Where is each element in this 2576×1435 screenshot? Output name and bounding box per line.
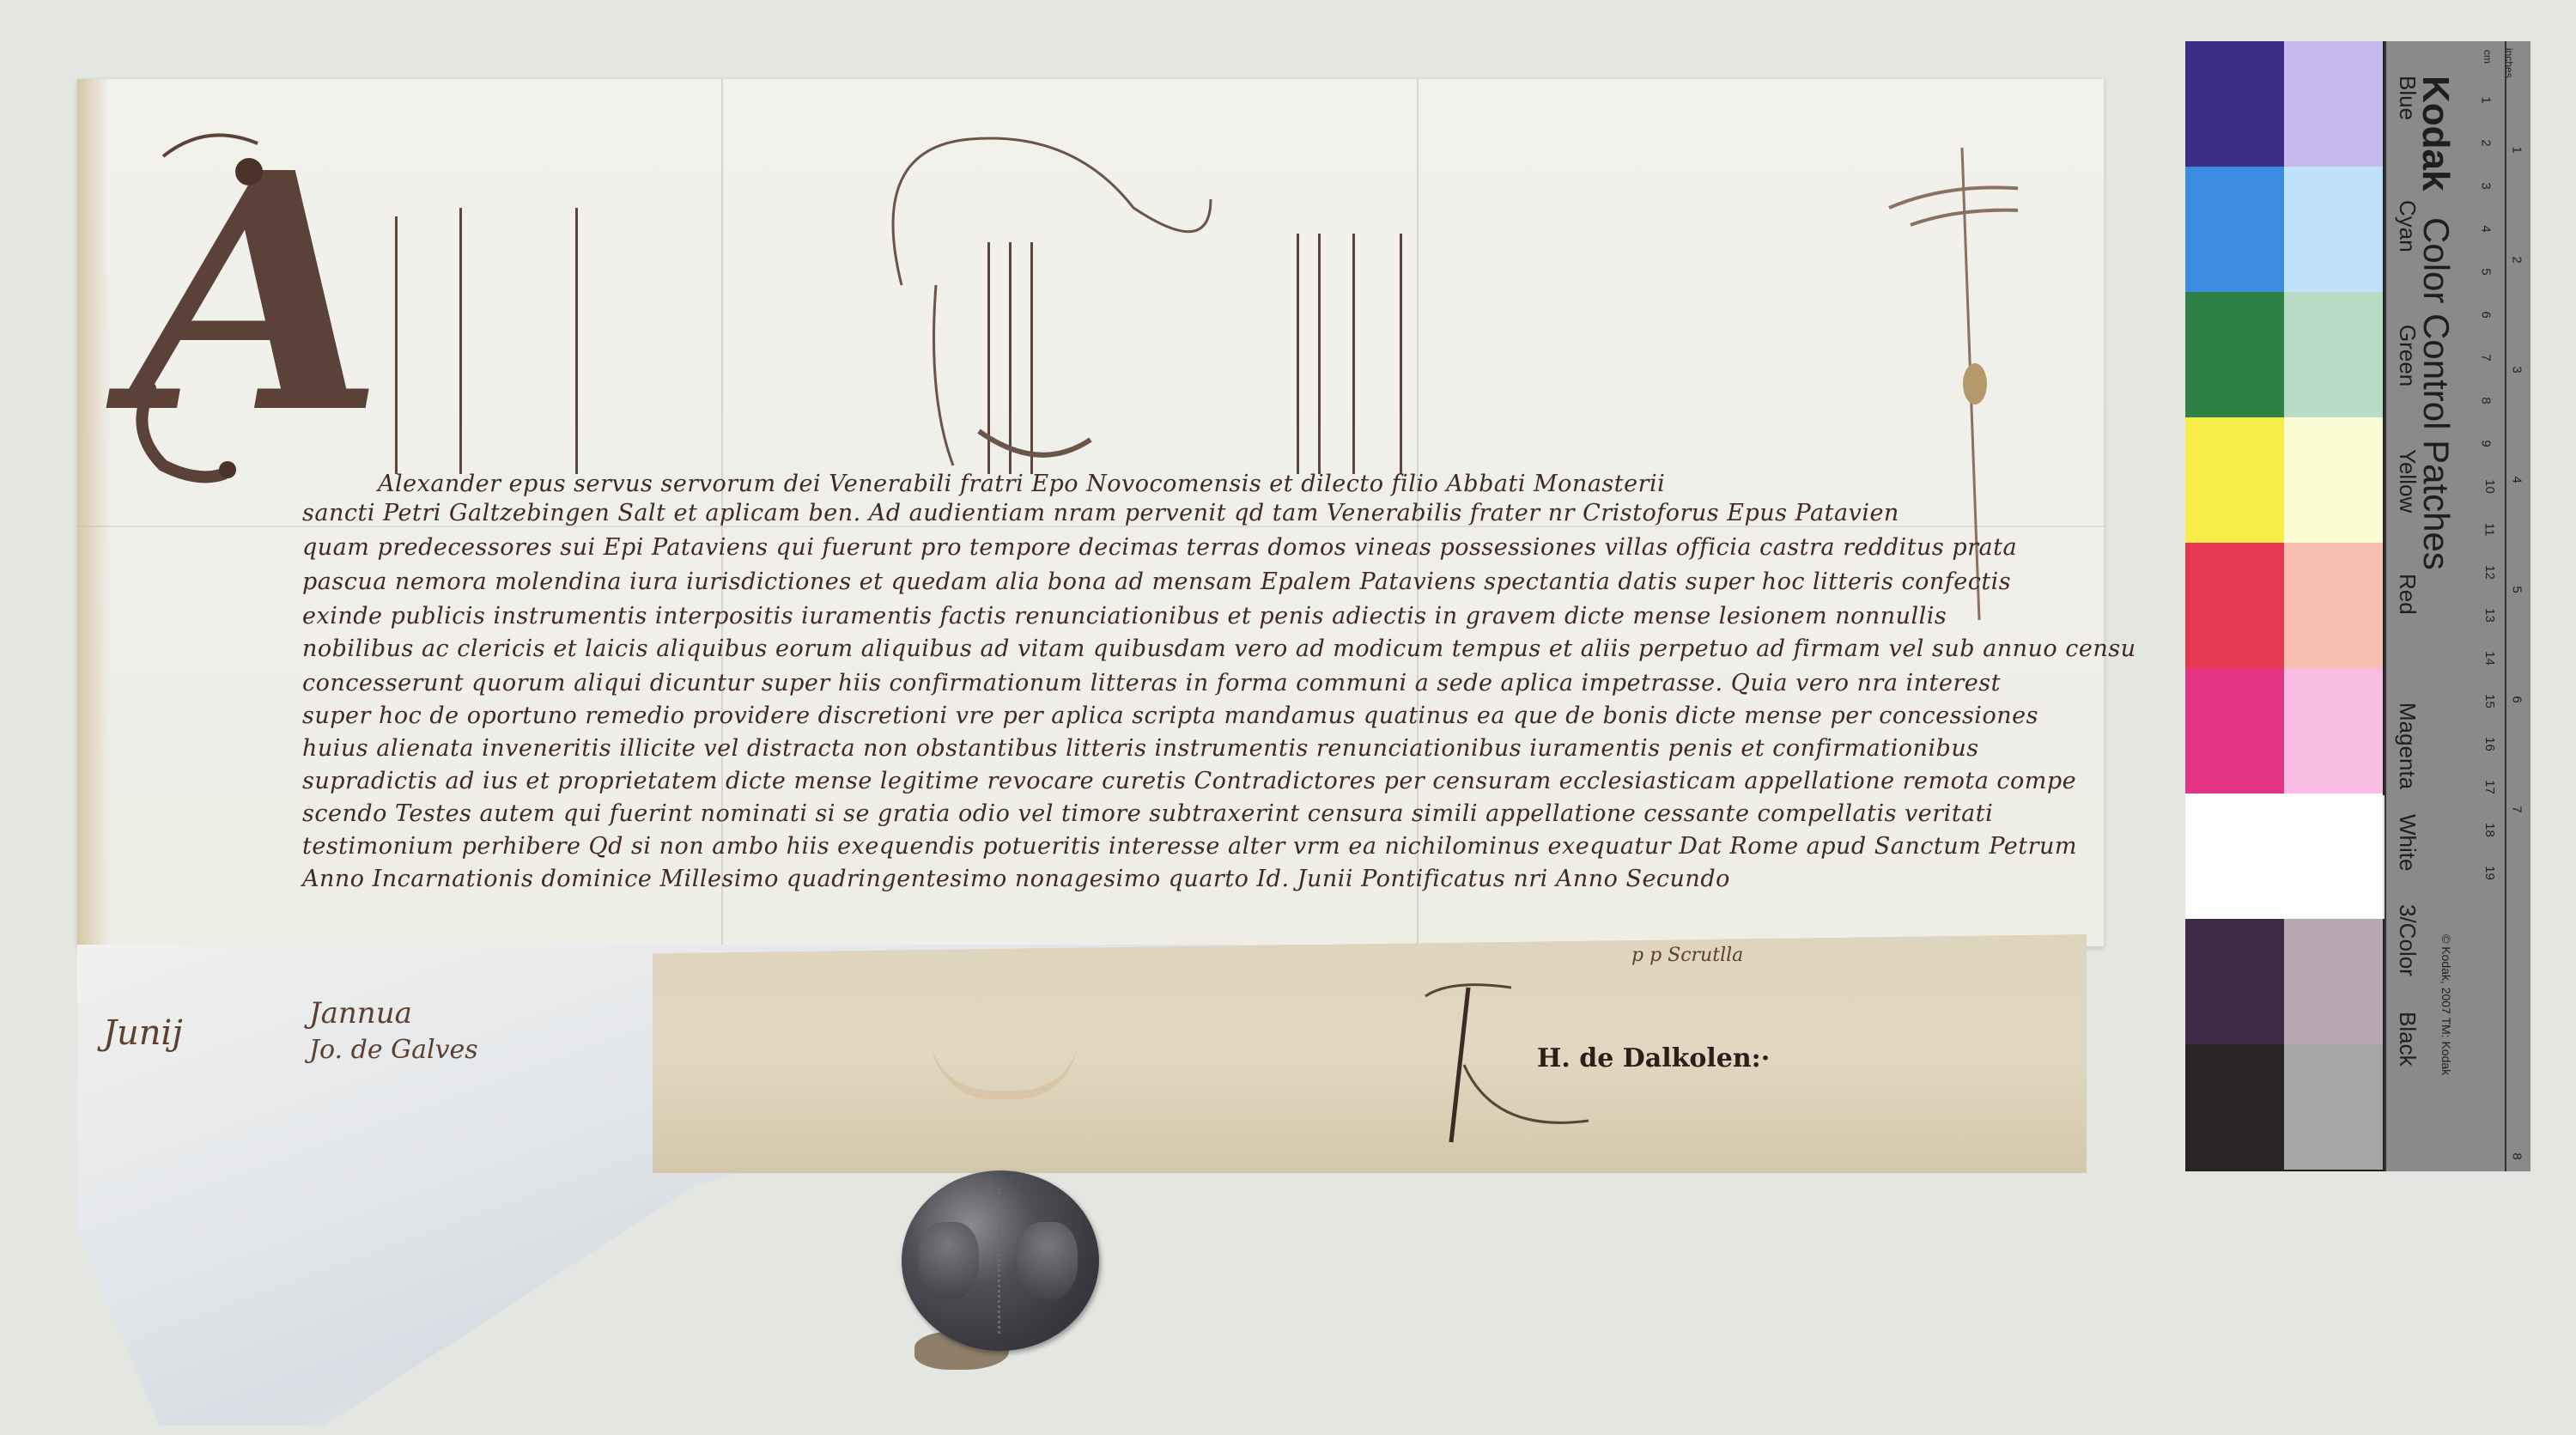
patch-label-magenta: Magenta — [2394, 702, 2421, 789]
ruler-cm-tick: 7 — [2479, 354, 2494, 361]
marginal-note-register: Jannua — [309, 996, 412, 1031]
kodak-brand-label: Kodak — [2414, 76, 2457, 191]
color-patch-green — [2185, 292, 2385, 417]
marginal-note-scribe: Jo. de Galves — [309, 1035, 478, 1065]
patch-label-3color: 3/Color — [2394, 904, 2421, 976]
charter-text-line: Anno Incarnationis dominice Millesimo qu… — [302, 866, 1730, 892]
ruler-inch-tick: 5 — [2510, 586, 2524, 593]
color-patch-white — [2185, 794, 2385, 919]
plica-signature: H. de Dalkolen:· — [1537, 1043, 1770, 1073]
marginal-note-date: Junij — [103, 1013, 183, 1053]
plica-fold — [653, 934, 2087, 1173]
ruler-inch-tick: 8 — [2510, 1152, 2524, 1159]
ruler-cm-tick: 4 — [2479, 225, 2494, 232]
patch-label-black: Black — [2394, 1012, 2421, 1067]
charter-text-line: exinde publicis instrumentis interpositi… — [302, 603, 1947, 629]
ruler-unit-cm: cm — [2482, 50, 2494, 64]
ruler-cm-tick: 17 — [2482, 780, 2497, 794]
charter-text-line: concesserunt quorum aliqui dicuntur supe… — [302, 670, 2001, 696]
elongated-letter-stroke — [575, 208, 578, 474]
ruler-cm-tick: 13 — [2482, 608, 2497, 623]
charter-text-line: Alexander epus servus servorum dei Vener… — [378, 471, 1665, 497]
color-patch-yellow — [2185, 417, 2385, 543]
charter-text-line: quam predecessores sui Epi Pataviens qui… — [302, 534, 2017, 561]
charter-text-line: scendo Testes autem qui fuerint nominati… — [302, 800, 1993, 827]
ruler-inch-tick: 1 — [2510, 146, 2524, 153]
ruler-cm-tick: 5 — [2479, 268, 2494, 275]
ruler-cm-tick: 11 — [2482, 523, 2496, 537]
ruler-inch-tick: 2 — [2510, 256, 2524, 263]
ruler-inch-tick: 6 — [2510, 696, 2524, 702]
initial-flourish-icon — [129, 105, 489, 508]
patch-label-white: White — [2394, 814, 2421, 871]
color-patch-cyan — [2185, 167, 2385, 292]
ruler-cm-tick: 8 — [2479, 397, 2494, 404]
ruler-cm-tick: 15 — [2482, 694, 2497, 708]
lead-seal-bulla — [902, 1170, 1099, 1351]
ruler-cm-tick: 18 — [2482, 823, 2497, 837]
chart-title-label: Color Control Patches — [2415, 217, 2457, 570]
charter-text-line: pascua nemora molendina iura iurisdictio… — [302, 569, 2011, 595]
seal-face-left-icon — [919, 1222, 979, 1299]
color-patch-3color — [2185, 919, 2385, 1044]
charter-text-line: huius alienata inveneritis illicite vel … — [302, 735, 1979, 762]
charter-text-line: testimonium perhibere Qd si non ambo hii… — [302, 833, 2077, 860]
seal-dotted-divider — [998, 1188, 1004, 1334]
ruler-inch-tick: 7 — [2510, 806, 2524, 812]
ruler-cm-tick: 16 — [2482, 737, 2497, 751]
title-flourish-icon — [850, 113, 1451, 474]
ruler-cm-tick: 12 — [2482, 565, 2497, 580]
ruler-cm-tick: 6 — [2479, 311, 2494, 318]
measurement-ruler: Blue Cyan Green Yellow Red Magenta White… — [2385, 41, 2530, 1171]
ruler-inch-tick: 3 — [2510, 366, 2524, 373]
ruler-cm-tick: 14 — [2482, 651, 2497, 666]
elongated-letter-stroke — [395, 216, 398, 474]
ruler-cm-tick: 19 — [2482, 866, 2497, 880]
charter-text-line: nobilibus ac clericis et laicis aliquibu… — [302, 635, 2136, 662]
ruler-cm-tick: 9 — [2479, 440, 2494, 447]
color-patch-black — [2185, 1044, 2385, 1170]
charter-text-line: sancti Petri Galtzebingen Salt et aplica… — [302, 500, 1899, 526]
elongated-letter-stroke — [459, 208, 462, 474]
charter-text-line: super hoc de oportuno remedio providere … — [302, 702, 2038, 729]
ruler-cm-tick: 3 — [2479, 182, 2494, 189]
ruler-cm-tick: 1 — [2479, 96, 2494, 103]
ruler-inch-tick: 4 — [2510, 476, 2524, 483]
color-patch-blue — [2185, 41, 2385, 167]
seal-face-right-icon — [1018, 1222, 1078, 1299]
kodak-color-control-chart: Blue Cyan Green Yellow Red Magenta White… — [2185, 41, 2529, 1171]
plica-note: p p Scrutlla — [1631, 945, 1743, 966]
color-patch-magenta — [2185, 668, 2385, 794]
color-patch-red — [2185, 543, 2385, 668]
ruler-divider-line — [2505, 41, 2506, 1171]
patch-label-red: Red — [2394, 574, 2421, 615]
kodak-copyright-label: © Kodak, 2007 TM: Kodak — [2439, 934, 2453, 1075]
ruler-cm-tick: 2 — [2479, 139, 2494, 146]
charter-text-line: supradictis ad ius et proprietatem dicte… — [302, 768, 2076, 794]
ruler-cm-tick: 10 — [2482, 479, 2497, 494]
